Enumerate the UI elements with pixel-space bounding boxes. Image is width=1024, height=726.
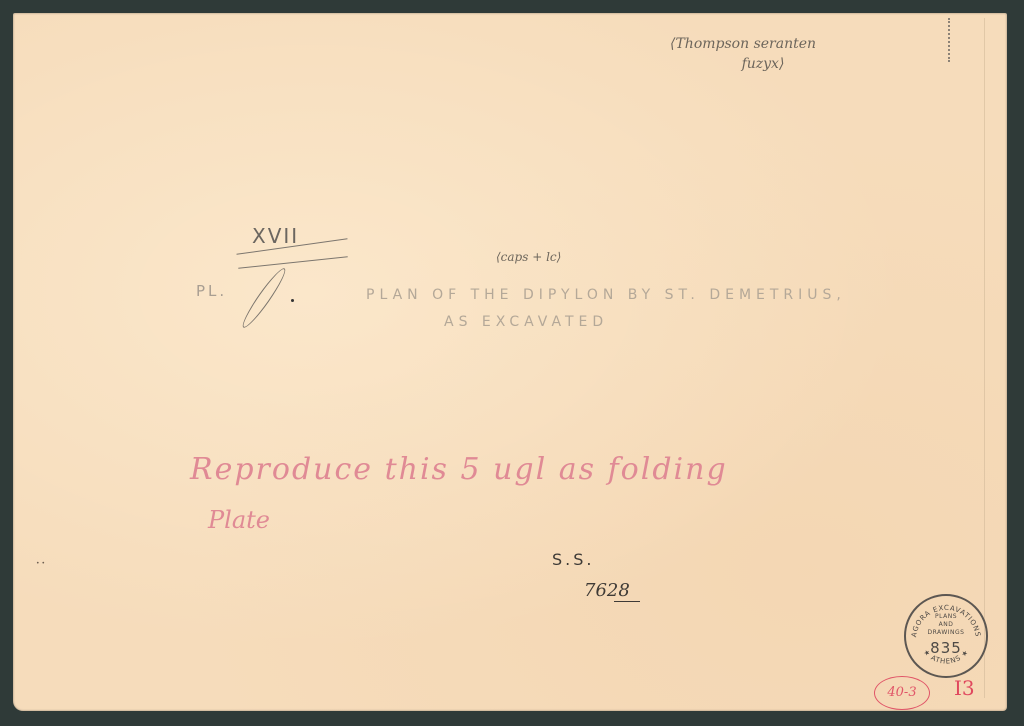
red-corner-mark: I3 <box>954 676 975 700</box>
red-instruction-line-1: Reproduce this 5 ugl as folding <box>190 452 728 487</box>
reference-number: 7628 <box>584 580 630 601</box>
top-right-pencil-note: ⟨Thompson seranten fuzyx⟩ <box>670 34 816 74</box>
pencil-dot <box>291 299 294 302</box>
top-note-line2: fuzyx⟩ <box>670 54 816 74</box>
title-line-2: AS EXCAVATED <box>444 314 608 330</box>
stamp-number: 835 <box>906 639 986 657</box>
stamp-line-3: DRAWINGS <box>928 629 965 636</box>
stamp-line-2: AND <box>939 621 954 628</box>
title-line-1: PLAN OF THE DIPYLON BY ST. DEMETRIUS, <box>366 287 846 303</box>
red-circled-label: 40-3 <box>874 676 930 710</box>
stamp-line-1: PLANS <box>935 613 957 620</box>
plate-number: XVII <box>252 224 299 248</box>
top-note-line1: ⟨Thompson seranten <box>670 36 816 52</box>
caps-lc-note: ⟨caps + lc⟩ <box>496 250 561 264</box>
red-instruction-line-2: Plate <box>208 506 270 534</box>
reference-underline <box>614 601 640 602</box>
agora-excavations-stamp: AGORA EXCAVATIONS ★ ATHENS ★ PLANS AND D… <box>904 594 988 678</box>
initials: S.S. <box>552 550 594 569</box>
perforation-marks <box>948 18 950 62</box>
document-sheet <box>13 13 1007 711</box>
plate-label: PL. <box>196 282 227 300</box>
stamp-center: PLANS AND DRAWINGS 835 <box>906 613 986 657</box>
paper-specks: • • <box>36 560 45 567</box>
